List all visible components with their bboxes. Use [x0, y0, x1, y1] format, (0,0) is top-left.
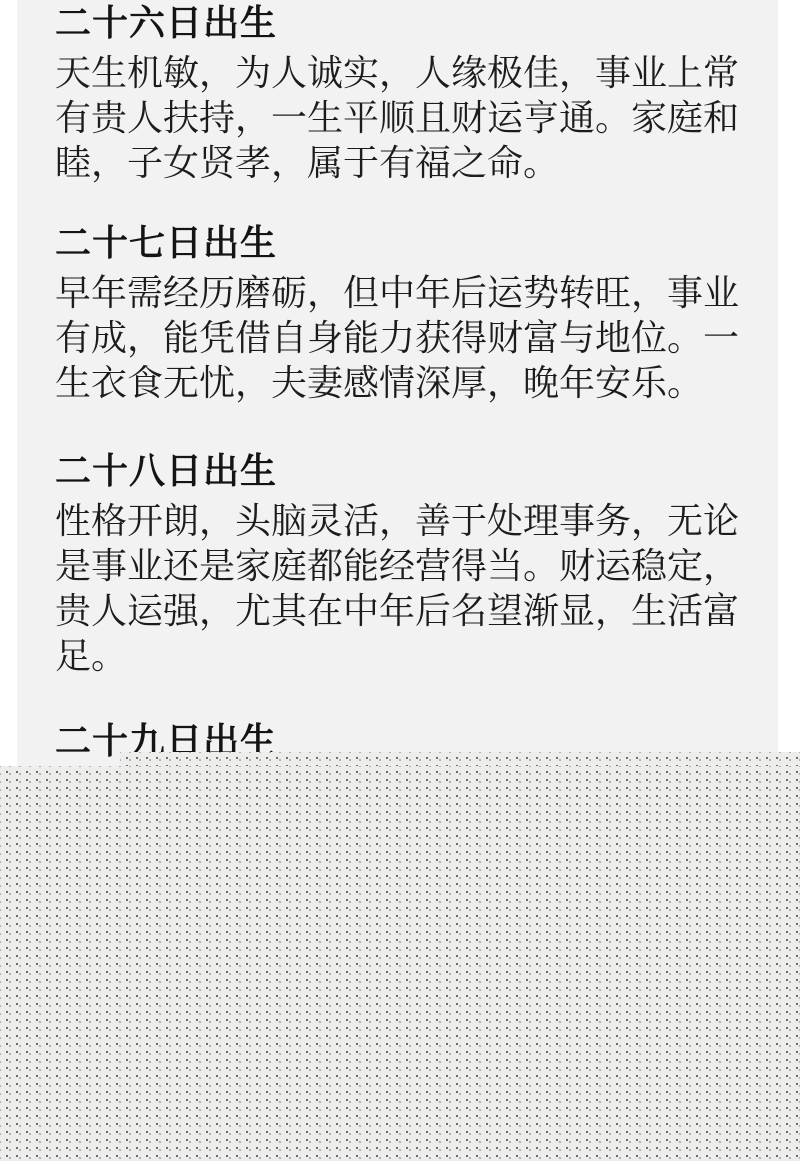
section-body: 性格开朗，头脑灵活，善于处理事务，无论是事业还是家庭都能经营得当。财运稳定，贵人… — [55, 498, 767, 678]
section-body: 早年需经历磨砺，但中年后运势转旺，事业有成，能凭借自身能力获得财富与地位。一生衣… — [55, 270, 767, 405]
halftone-overlay — [0, 766, 800, 1161]
section-day-27: 二十七日出生 早年需经历磨砺，但中年后运势转旺，事业有成，能凭借自身能力获得财富… — [55, 222, 764, 405]
section-heading: 二十七日出生 — [55, 222, 764, 264]
section-body: 天生机敏，为人诚实，人缘极佳，事业上常有贵人扶持，一生平顺且财运亨通。家庭和睦，… — [55, 50, 767, 185]
section-day-26: 二十六日出生 天生机敏，为人诚实，人缘极佳，事业上常有贵人扶持，一生平顺且财运亨… — [55, 2, 764, 185]
section-heading: 二十八日出生 — [55, 450, 764, 492]
section-heading: 二十六日出生 — [55, 2, 764, 44]
article-content: 二十六日出生 天生机敏，为人诚实，人缘极佳，事业上常有贵人扶持，一生平顺且财运亨… — [17, 0, 778, 770]
section-day-28: 二十八日出生 性格开朗，头脑灵活，善于处理事务，无论是事业还是家庭都能经营得当。… — [55, 450, 764, 678]
halftone-overlay-step — [120, 752, 800, 766]
page: 二十六日出生 天生机敏，为人诚实，人缘极佳，事业上常有贵人扶持，一生平顺且财运亨… — [0, 0, 800, 1161]
